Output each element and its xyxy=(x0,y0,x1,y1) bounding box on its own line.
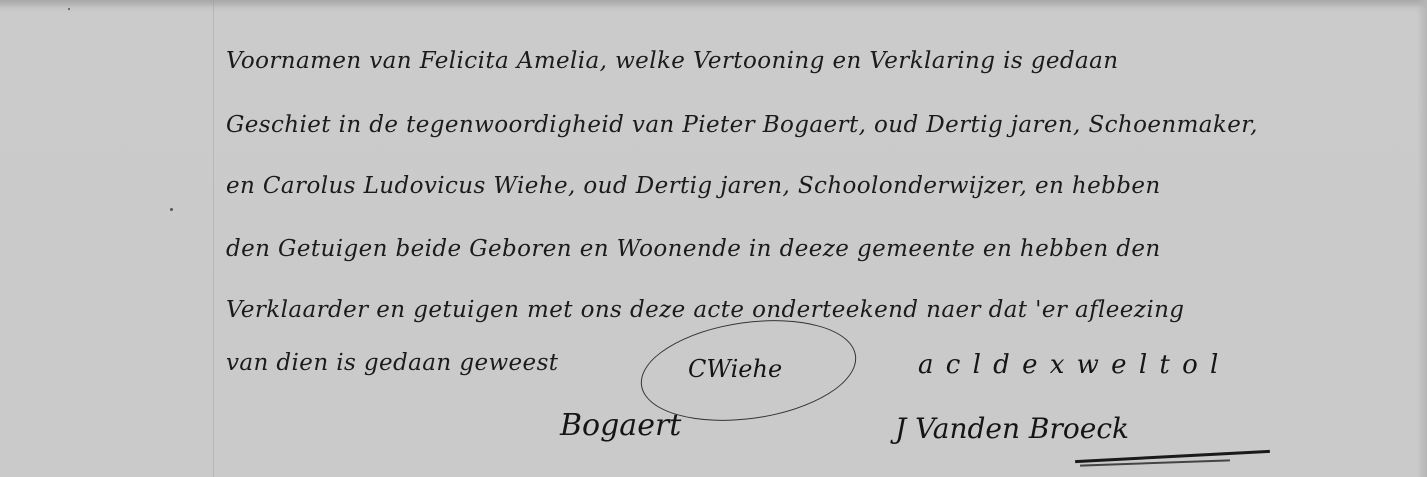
signature-illegible: a c l d e x w e l t o l xyxy=(918,350,1220,380)
ink-speck xyxy=(68,8,70,10)
record-line-3: en Carolus Ludovicus Wiehe, oud Dertig j… xyxy=(226,173,1161,199)
page-right-shadow xyxy=(1417,0,1427,477)
partial-next-line: … xyxy=(240,464,260,477)
ink-speck xyxy=(170,208,173,211)
scanned-document-page: Voornamen van Felicita Amelia, welke Ver… xyxy=(0,0,1427,477)
record-line-5: Verklaarder en getuigen met ons deze act… xyxy=(226,297,1184,323)
record-line-1: Voornamen van Felicita Amelia, welke Ver… xyxy=(226,48,1118,74)
signature-wiehe: CWiehe xyxy=(688,355,782,383)
record-line-2: Geschiet in de tegenwoordigheid van Piet… xyxy=(226,112,1258,138)
signature-bogaert: Bogaert xyxy=(560,408,681,443)
signature-vanden-broeck: J Vanden Broeck xyxy=(895,412,1129,445)
record-line-6: van dien is gedaan geweest xyxy=(226,350,558,376)
margin-rule xyxy=(213,0,214,477)
record-line-4: den Getuigen beide Geboren en Woonende i… xyxy=(226,236,1161,262)
page-top-shadow xyxy=(0,0,1427,8)
